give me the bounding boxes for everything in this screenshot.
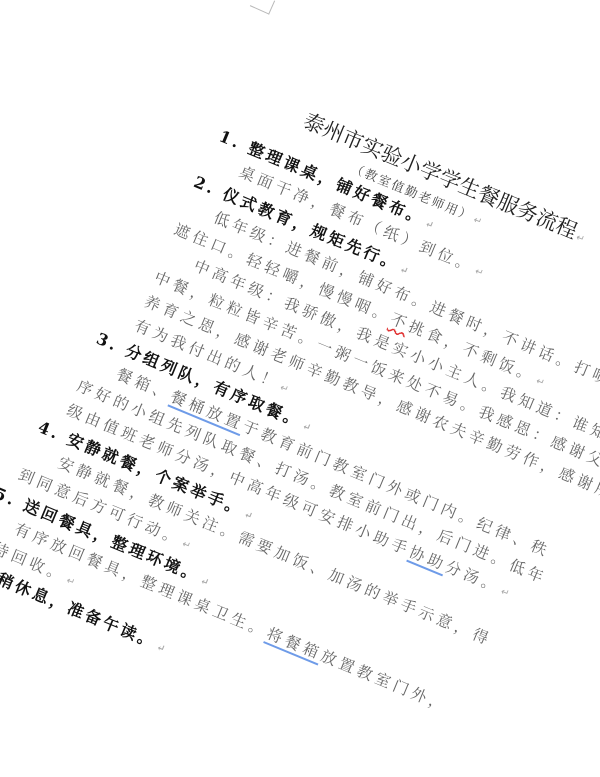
document-page: 泰州市实验小学学生餐服务流程↵ （教室值勤老师用）↵ 1. 整理课桌，铺好餐布。… (40, 58, 557, 272)
paragraph-mark-icon: ↵ (574, 232, 586, 245)
grammar-flagged-text[interactable]: 将餐箱 (263, 624, 325, 665)
paragraph-mark-icon: ↵ (472, 215, 484, 228)
paragraph-mark-icon: ↵ (473, 266, 485, 279)
paragraph-mark-icon: ↵ (300, 421, 312, 434)
page-corner-crop-mark (250, 0, 275, 15)
paragraph-mark-icon: ↵ (499, 586, 511, 599)
paragraph-mark-icon: ↵ (398, 264, 410, 277)
paragraph-mark-icon: ↵ (180, 539, 192, 552)
paragraph-mark-icon: ↵ (198, 576, 210, 589)
paragraph-mark-icon: ↵ (423, 218, 435, 231)
paragraph-mark-icon: ↵ (155, 642, 167, 655)
paragraph-mark-icon: ↵ (65, 575, 77, 588)
line-text: 放置教室门外， (318, 647, 451, 716)
paragraph-mark-icon: ↵ (278, 382, 290, 395)
paragraph-mark-icon: ↵ (534, 376, 546, 389)
paragraph-mark-icon: ↵ (242, 509, 254, 522)
